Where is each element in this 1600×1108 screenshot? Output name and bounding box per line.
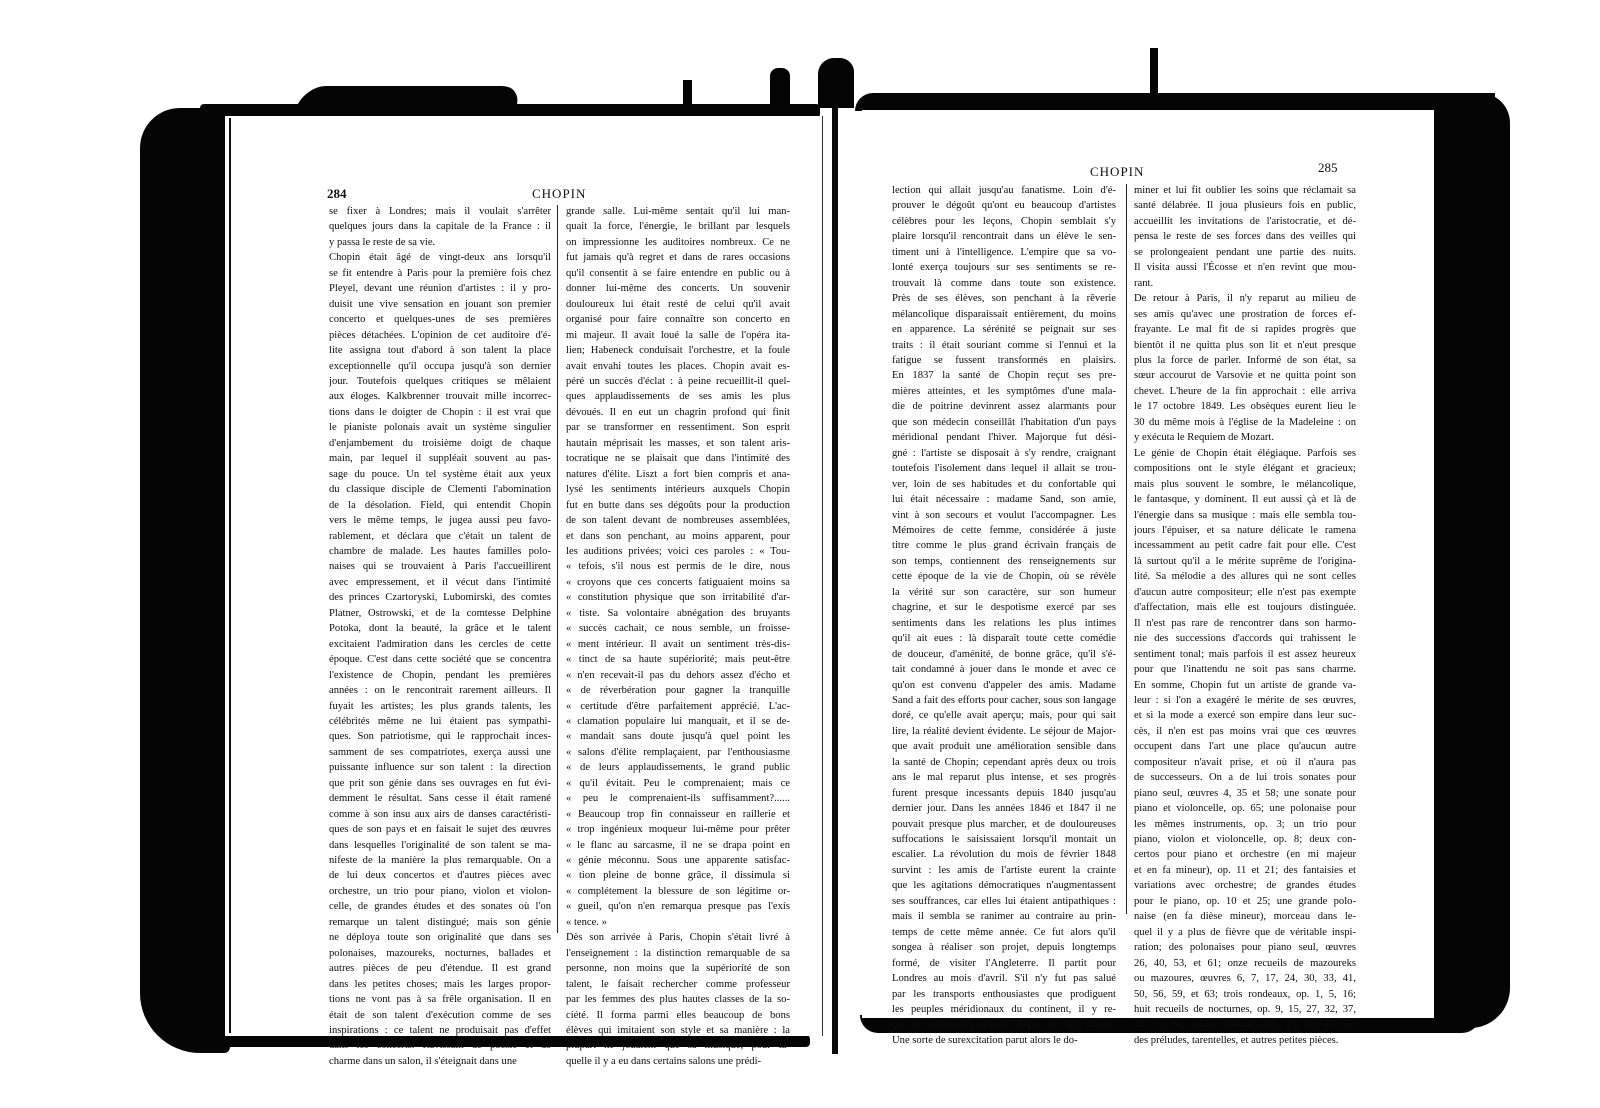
right-page-column-1: lection qui allait jusqu'au fanatisme. L… — [892, 183, 1116, 1048]
text-line: aux éloges. Kalkbrenner trouvait mille i… — [329, 389, 551, 404]
text-line: 30 du même mois à l'église de la Madelei… — [1134, 415, 1356, 430]
text-line: ques applaudissements de ses amis les pl… — [566, 389, 790, 404]
text-line: chagrine, et sur le despotisme exercé pa… — [892, 600, 1116, 615]
text-line: se fixer à Londres; mais il voulait s'ar… — [329, 204, 551, 219]
text-line: ques. Son patriotisme, qui le rapprochai… — [329, 729, 551, 744]
text-line: « tefois, s'il nous est permis de le dir… — [566, 559, 790, 574]
text-line: grande salle. Lui-même sentait qu'il lui… — [566, 204, 790, 219]
text-line: De retour à Paris, il n'y reparut au mil… — [1134, 291, 1356, 306]
text-line: pour le piano, op. 10 et 25; une grande … — [1134, 894, 1356, 909]
text-line: que avait produit une amélioration sensi… — [892, 739, 1116, 754]
text-line: toutefois l'isolement dans lequel il all… — [892, 461, 1116, 476]
text-line: époque. C'est dans cette société que se … — [329, 652, 551, 667]
text-line: fut en butte dans ses dégoûts pour la pr… — [566, 498, 790, 513]
text-line: sentiments dans les relations les plus i… — [892, 616, 1116, 631]
left-page-column-1: se fixer à Londres; mais il voulait s'ar… — [329, 204, 551, 1069]
text-line: miner et lui fit oublier les soins que r… — [1134, 183, 1356, 198]
text-line: quait la force, l'énergie, le brillant p… — [566, 219, 790, 234]
right-tab-1 — [770, 68, 790, 108]
text-line: pour que l'inattendu ne soit pas sans ch… — [1134, 662, 1356, 677]
text-line: en apparence. La sérénité se peignait su… — [892, 322, 1116, 337]
text-line: de successeurs. On a de lui trois sonate… — [1134, 770, 1356, 785]
text-line: dans les petites choses; mais les larges… — [329, 977, 551, 992]
text-line: « Beaucoup trop fin connaisseur en raill… — [566, 807, 790, 822]
text-line: Il visita aussi l'Écosse et n'en revint … — [1134, 260, 1356, 275]
text-line: naises qui se trouvaient à Paris l'accue… — [329, 559, 551, 574]
text-line: ques de son pays et en faisait le sujet … — [329, 822, 551, 837]
text-line: douloureux lui était resté de celui qu'i… — [566, 297, 790, 312]
text-line: 50, 56, 59, et 63; trois rondeaux, op. 1… — [1134, 987, 1356, 1002]
text-line: sœur accourut de Varsovie et ne quitta p… — [1134, 368, 1356, 383]
text-line: mières atteintes, et les symptômes d'une… — [892, 384, 1116, 399]
text-line: inspirations : ce talent ne produisait p… — [329, 1023, 551, 1038]
text-line: le 17 octobre 1849. Les obsèques eurent … — [1134, 399, 1356, 414]
text-line: 48, 55, 62; quatre ballades, op. 23, 38,… — [1134, 1017, 1356, 1032]
text-line: En 1837 la santé de Chopin reçut ses pre… — [892, 368, 1116, 383]
text-line: bientôt il ne quitta plus son lit et n'e… — [1134, 338, 1356, 353]
text-line: pièces détachées. L'opinion de cet audit… — [329, 328, 551, 343]
text-line: ne déploya toute son originalité que dan… — [329, 930, 551, 945]
text-line: « génie méconnu. Sous une apparente sati… — [566, 853, 790, 868]
text-line: hautain méprisait les masses, et son tal… — [566, 436, 790, 451]
text-line: lui était nécessaire : madame Sand, son … — [892, 492, 1116, 507]
text-line: de son talent devant de nombreuses assem… — [566, 513, 790, 528]
text-line: escalier. La révolution du mois de févri… — [892, 847, 1116, 862]
running-head-right: CHOPIN — [1090, 164, 1144, 180]
text-line: sage du pouce. Un tel système était aux … — [329, 467, 551, 482]
text-line: formé, de visiter l'Angleterre. Il parti… — [892, 956, 1116, 971]
text-line: variations avec orchestre; de grandes ét… — [1134, 878, 1356, 893]
text-line: d'enjambement du troisième doigt de chaq… — [329, 436, 551, 451]
text-line: le pianiste polonais avait un système si… — [329, 420, 551, 435]
text-line: mélancolique disparaissait entièrement, … — [892, 307, 1116, 322]
text-line: tions ne vont pas à sa frêle organisatio… — [329, 992, 551, 1007]
text-line: Dès son arrivée à Paris, Chopin s'était … — [566, 930, 790, 945]
text-line: furent presque incessants depuis 1840 ju… — [892, 786, 1116, 801]
text-line: ses souffrances, car elles lui étaient a… — [892, 894, 1116, 909]
left-page-left-border — [229, 118, 231, 1033]
text-line: l'existence de Chopin, pendant les premi… — [329, 668, 551, 683]
text-line: « ment intérieur. Il avait un sentiment … — [566, 637, 790, 652]
text-line: son temps, contiennent des renseignement… — [892, 554, 1116, 569]
text-line: puissante influence sur son talent : la … — [329, 760, 551, 775]
text-line: piano seul, œuvres 4, 35 et 58; une sona… — [1134, 786, 1356, 801]
text-line: pensa le reste de ses forces dans des ve… — [1134, 229, 1356, 244]
text-line: « de réverbération pour gagner la tranqu… — [566, 683, 790, 698]
text-line: En somme, Chopin fut un artiste de grand… — [1134, 678, 1356, 693]
text-line: lonté exerça toujours sur ses sentiments… — [892, 260, 1116, 275]
text-line: organisé pour faire connaître son concer… — [566, 312, 790, 327]
left-page-shadow-outer — [140, 108, 230, 1053]
text-line: « trop ingénieux moqueur lui-même pour p… — [566, 822, 790, 837]
text-line: « qu'il évitait. Peu le comprenaient; ma… — [566, 776, 790, 791]
text-line: on impressionne les auditoires nombreux.… — [566, 235, 790, 250]
text-line: d'affectation, mais elle est toujours di… — [1134, 600, 1356, 615]
text-line: se prolongeaient pendant une partie des … — [1134, 245, 1356, 260]
text-line: samment de ses compatriotes, exerça auss… — [329, 745, 551, 760]
text-line: y passa le reste de sa vie. — [329, 235, 551, 250]
text-line: traits : il était souriant comme si l'en… — [892, 338, 1116, 353]
text-line: main, par lequel il suppléait souvent au… — [329, 451, 551, 466]
text-line: l'enseignement : la distinction remarqua… — [566, 946, 790, 961]
text-line: Chopin était âgé de vingt-deux ans lorsq… — [329, 250, 551, 265]
text-line: compositions ont le style élégant et gra… — [1134, 461, 1356, 476]
text-line: Londres au mois d'avril. S'il n'y fut pa… — [892, 971, 1116, 986]
text-line: « tence. » — [566, 915, 790, 930]
text-line: de la désolation. Field, qui entendit Ch… — [329, 498, 551, 513]
text-line: années : on le rencontrait rarement aill… — [329, 683, 551, 698]
text-line: leur : si l'on a exagéré le mérite de se… — [1134, 693, 1356, 708]
text-line: ans le mal reparut plus intense, et ses … — [892, 770, 1116, 785]
text-line: remarque un talent distingué; mais son g… — [329, 915, 551, 930]
text-line: fuyait les artistes; les plus grands tal… — [329, 699, 551, 714]
left-page-top-shadow — [296, 86, 524, 108]
text-line: du classique disciple de Clementi l'abom… — [329, 482, 551, 497]
text-line: accueillit les invitations de l'aristocr… — [1134, 214, 1356, 229]
text-line: par les femmes des plus hautes classes d… — [566, 992, 790, 1007]
text-line: titre comme le plus grand écrivain franç… — [892, 538, 1116, 553]
book-scan: 284 CHOPIN se fixer à Londres; mais il v… — [0, 0, 1600, 1108]
text-line: duisit une vive sensation en jouant son … — [329, 297, 551, 312]
text-line: lite assigna tout d'abord à son talent l… — [329, 343, 551, 358]
text-line: « tion pleine de bonne grâce, il dissimu… — [566, 868, 790, 883]
text-line: qu'on est convenu d'appeler des amis. Ma… — [892, 678, 1116, 693]
running-head-left: CHOPIN — [532, 186, 586, 202]
text-line: Potoka, dont la beauté, la grâce et le t… — [329, 621, 551, 636]
text-line: de lui deux concertos et d'autres pièces… — [329, 868, 551, 883]
text-line: par se transformer en ressentiment. Son … — [566, 420, 790, 435]
text-line: « croyons que ces concerts fatiguaient m… — [566, 575, 790, 590]
text-line: talent, le faisait rechercher comme prof… — [566, 977, 790, 992]
text-line: qu'il ait eues : là disparaît toute cett… — [892, 631, 1116, 646]
text-line: huit recueils de nocturnes, op. 9, 15, 2… — [1134, 1002, 1356, 1017]
text-line: polonaises, mazoureks, nocturnes, ballad… — [329, 946, 551, 961]
text-line: die de poitrine devinrent assez alarmant… — [892, 399, 1116, 414]
text-line: vers le même temps, le jugea aussi peu f… — [329, 513, 551, 528]
text-line: des préludes, tarentelles, et autres pet… — [1134, 1033, 1356, 1048]
text-line: des princes Czartoryski, Lubomirski, des… — [329, 590, 551, 605]
text-line: Platner, Ostrowski, et de la comtesse De… — [329, 606, 551, 621]
text-line: trouvait là comme dans toute son existen… — [892, 276, 1116, 291]
text-line: cette époque de la vie de Chopin, où se … — [892, 569, 1116, 584]
text-line: « certitude d'être parfaitement apprécié… — [566, 699, 790, 714]
right-tab-2 — [818, 58, 854, 108]
text-line: jour. Toutefois quelques critiques se mê… — [329, 374, 551, 389]
page-number-left: 284 — [327, 186, 347, 202]
text-line: temps de cette même année. Ce fut alors … — [892, 925, 1116, 940]
text-line: les mêmes instruments, op. 3; un trio po… — [1134, 817, 1356, 832]
text-line: naise (en fa dièse mineur), morceau dans… — [1134, 909, 1356, 924]
left-page-column-rule — [557, 205, 558, 933]
text-line: « gueil, qu'on n'en remarqua presque pas… — [566, 899, 790, 914]
text-line: santé délabrée. Il joua plusieurs fois e… — [1134, 198, 1356, 213]
text-line: l'énergie dans sa musique : mais elle se… — [1134, 508, 1356, 523]
text-line: rablement, et déclara que c'était un tal… — [329, 529, 551, 544]
text-line: « tinct de sa haute supériorité; mais pe… — [566, 652, 790, 667]
text-line: prouver le dégoût qu'ont eu beaucoup d'a… — [892, 198, 1116, 213]
text-line: incessamment au petit cadre fait pour el… — [1134, 538, 1356, 553]
right-page-column-rule — [1126, 184, 1127, 914]
text-line: que les agitations démocratiques n'augme… — [892, 878, 1116, 893]
text-line: çut du moins un accueil digne de ses tal… — [892, 1017, 1116, 1032]
text-line: exceptionnelle qu'il occupa jusqu'à son … — [329, 359, 551, 374]
text-line: songea à réaliser son projet, depuis lon… — [892, 940, 1116, 955]
text-line: se fit entendre à Paris pour la première… — [329, 266, 551, 281]
text-line: suffocations le saisissaient lorsqu'il m… — [892, 832, 1116, 847]
text-line: lien; Habeneck conduisait l'orchestre, e… — [566, 343, 790, 358]
text-line: Près de ses élèves, son penchant à la rê… — [892, 291, 1116, 306]
text-line: quelques jours dans la capitale de la Fr… — [329, 219, 551, 234]
text-line: les auditions privées; voici ces paroles… — [566, 544, 790, 559]
text-line: la santé de Chopin; cependant après deux… — [892, 755, 1116, 770]
text-line: les peuples méridionaux du continent, il… — [892, 1002, 1116, 1017]
text-line: célèbres pour les leçons, Chopin semblai… — [892, 214, 1116, 229]
right-page-top-edge — [855, 93, 1495, 111]
text-line: doré, ce qu'elle avait aperçu; mais, pou… — [892, 708, 1116, 723]
text-line: Une sorte de surexcitation parut alors l… — [892, 1033, 1116, 1048]
text-line: méridional pendant l'hiver. Majorque fut… — [892, 430, 1116, 445]
text-line: ses amis qu'avec une prostration de forc… — [1134, 307, 1356, 322]
text-line: et dans son penchant, au moins apparent,… — [566, 529, 790, 544]
text-line: gné : l'artiste se disposait à s'y rendr… — [892, 446, 1116, 461]
text-line: tions dans le doigter de Chopin : il est… — [329, 405, 551, 420]
text-line: ver, loin de ses habitudes et du confort… — [892, 477, 1116, 492]
text-line: avait envahi toutes les places. Chopin a… — [566, 359, 790, 374]
text-line: « peu le comprenaient-ils suffisamment?.… — [566, 791, 790, 806]
text-line: natures d'élite. Liszt a fort bien compr… — [566, 467, 790, 482]
text-line: orchestre, un trio pour piano, violon et… — [329, 884, 551, 899]
text-line: pouvait presque plus marcher, et de doul… — [892, 817, 1116, 832]
text-line: chevet. L'heure de la fin approchait : e… — [1134, 384, 1356, 399]
text-line: plaire lorsqu'il rencontrait dans un élè… — [892, 229, 1116, 244]
text-line: de douceur, d'aménité, de bonne grâce, q… — [892, 647, 1116, 662]
text-line: là surtout qu'il a le mérite suprême de … — [1134, 554, 1356, 569]
text-line: que prit son génie dans ses ouvrages en … — [329, 776, 551, 791]
text-line: lysé les sentiments intérieurs auxquels … — [566, 482, 790, 497]
text-line: mi majeur. Il avait loué la salle de l'o… — [566, 328, 790, 343]
text-line: plupart ne jouaient que sa musique, pour… — [566, 1038, 790, 1053]
text-line: mais il sembla se ranimer au contraire a… — [892, 909, 1116, 924]
text-line: que son médecin conseillât l'habitation … — [892, 415, 1116, 430]
text-line: jours l'épuiser, et sa nature délicate l… — [1134, 523, 1356, 538]
text-line: Il n'est pas rare de rencontrer dans son… — [1134, 616, 1356, 631]
text-line: piano, violon et violoncelle, op. 8; deu… — [1134, 832, 1356, 847]
text-line: qu'il consentit à se faire entendre en p… — [566, 266, 790, 281]
text-line: quel il y a plus de fièvre que de vérita… — [1134, 925, 1356, 940]
text-line: cès, il n'en est pas moins vrai que ces … — [1134, 724, 1356, 739]
text-line: concerto et quelques-unes de ses premièr… — [329, 312, 551, 327]
text-line: 26, 40, 53, et 61; onze recueils de mazo… — [1134, 956, 1356, 971]
text-line: « mandait sans doute jusqu'à quel point … — [566, 729, 790, 744]
text-line: « le flanc au sarcasme, il ne se drapa p… — [566, 838, 790, 853]
text-line: vint à son secours et voulut l'accompagn… — [892, 508, 1116, 523]
text-line: ration; des polonaises pour piano seul, … — [1134, 940, 1356, 955]
text-line: la vérité sur son caractère, sur son hum… — [892, 585, 1116, 600]
text-line: certos pour piano et orchestre (en mi ma… — [1134, 847, 1356, 862]
text-line: Sand a fait des efforts pour cacher, sou… — [892, 693, 1116, 708]
text-line: excitaient l'admiration dans les cercles… — [329, 637, 551, 652]
right-page-side-shadow — [1430, 93, 1510, 1028]
text-line: d'aucun autre compositeur; elle n'est pa… — [1134, 585, 1356, 600]
text-line: péré un succès d'éclat : à peine recueil… — [566, 374, 790, 389]
text-line: avec empressement, et il vécut dans l'in… — [329, 575, 551, 590]
text-line: « salons d'élite remplaçaient, par l'ent… — [566, 745, 790, 760]
text-line: Le génie de Chopin était élégiaque. Parf… — [1134, 446, 1356, 461]
text-line: sentiment tonal; mais parfois il est ass… — [1134, 647, 1356, 662]
text-line: par les transports enthousiastes que pro… — [892, 987, 1116, 1002]
text-line: plus la force de parler. Informé de son … — [1134, 353, 1356, 368]
text-line: Mémoires de cette femme, considérée à ju… — [892, 523, 1116, 538]
text-line: lection qui allait jusqu'au fanatisme. L… — [892, 183, 1116, 198]
text-line: et si la mode a exercé son empire dans l… — [1134, 708, 1356, 723]
text-line: Pleyel, devant une réunion d'artistes : … — [329, 281, 551, 296]
text-line: dernier jour. Dans les années 1846 et 18… — [892, 801, 1116, 816]
text-line: « n'en recevait-il pas du dehors assez d… — [566, 668, 790, 683]
text-line: le fantasque, y dominent. Il eut aussi ç… — [1134, 492, 1356, 507]
text-line: célébrités même ne lui étaient pas sympa… — [329, 714, 551, 729]
text-line: « succès cachait, ce nous semble, un fro… — [566, 621, 790, 636]
text-line: « complétement la blessure de son légiti… — [566, 884, 790, 899]
text-line: comme à son insu aux airs de danses cara… — [329, 807, 551, 822]
text-line: « clamation populaire lui manquait, et i… — [566, 714, 790, 729]
text-line: « constitution physique que son irritabi… — [566, 590, 790, 605]
text-line: dévoués. Il en eut un chagrin profond qu… — [566, 405, 790, 420]
text-line: donner lui-même des concerts. Un souveni… — [566, 281, 790, 296]
right-tab-3 — [1150, 48, 1158, 108]
text-line: « de leurs applaudissements, le grand pu… — [566, 760, 790, 775]
text-line: survint : les amis de l'artiste eurent l… — [892, 863, 1116, 878]
text-line: nifeste de la manière la plus remarquabl… — [329, 853, 551, 868]
text-line: dans lesquelles l'originalité de son tal… — [329, 838, 551, 853]
text-line: était de son talent d'exécution comme de… — [329, 1008, 551, 1023]
text-line: fatigue se fussent transformés en plaisi… — [892, 353, 1116, 368]
text-line: tocratique ne se plaisait que dans l'int… — [566, 451, 790, 466]
text-line: personne, non moins que la supériorité d… — [566, 961, 790, 976]
text-line: fut jamais qu'à regret et dans de rares … — [566, 250, 790, 265]
page-number-right: 285 — [1318, 160, 1338, 176]
text-line: nie des successions d'accords qui trahis… — [1134, 631, 1356, 646]
text-line: celle, de grandes études et des sonates … — [329, 899, 551, 914]
text-line: quelle il y a eu dans certains salons un… — [566, 1054, 790, 1069]
book-gutter — [832, 104, 838, 1054]
text-line: lire, la réalité devient évidente. Le sé… — [892, 724, 1116, 739]
text-line: ou mazoures, œuvres 6, 7, 17, 24, 30, 33… — [1134, 971, 1356, 986]
text-line: piano et violoncelle, op. 65; une polona… — [1134, 801, 1356, 816]
text-line: rant. — [1134, 276, 1356, 291]
text-line: lité. Sa mélodie a des allures qui ne so… — [1134, 569, 1356, 584]
text-line: « tiste. Sa volontaire abnégation des br… — [566, 606, 790, 621]
text-line: élèves qui imitaient son style et sa man… — [566, 1023, 790, 1038]
text-line: dans les concerts. Ravissant de poésie e… — [329, 1038, 551, 1053]
text-line: compositeur n'avait prise, et où il n'au… — [1134, 755, 1356, 770]
left-page-inner-edge — [822, 116, 823, 1036]
text-line: chambre de malade. Les hautes familles p… — [329, 544, 551, 559]
text-line: demment le résultat. Sans cesse il était… — [329, 791, 551, 806]
text-line: timent uni à l'intelligence. L'empire qu… — [892, 245, 1116, 260]
text-line: y exécuta le Requiem de Mozart. — [1134, 430, 1356, 445]
text-line: frayante. Le mal fit de si rapides progr… — [1134, 322, 1356, 337]
text-line: mais plus souvent le sombre, le mélancol… — [1134, 477, 1356, 492]
text-line: occupent dans l'art une place qu'aucun a… — [1134, 739, 1356, 754]
left-page-column-2: grande salle. Lui-même sentait qu'il lui… — [566, 204, 790, 1069]
right-page-column-2: miner et lui fit oublier les soins que r… — [1134, 183, 1356, 1048]
text-line: autres pièces de peu d'étendue. Il est g… — [329, 961, 551, 976]
text-line: et en fa mineur), op. 11 et 21; des fant… — [1134, 863, 1356, 878]
text-line: ciété. Il forma parmi elles beaucoup de … — [566, 1008, 790, 1023]
left-tab-1 — [683, 80, 692, 108]
text-line: tait condamné à jouer dans le monde et a… — [892, 662, 1116, 677]
text-line: charme dans un salon, il s'éteignait dan… — [329, 1054, 551, 1069]
